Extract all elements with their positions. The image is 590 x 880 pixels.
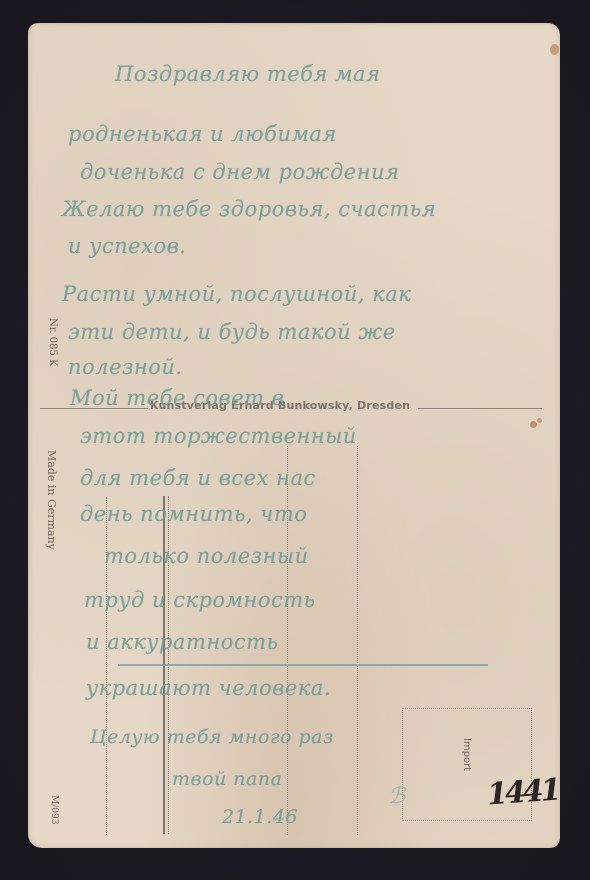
handwritten-line-5: и успехов. (68, 234, 186, 258)
handwritten-line-14: труд и скромность (84, 588, 316, 612)
handwritten-date: 21.1.46 (222, 806, 298, 828)
handwritten-line-11: для тебя и всех нас (80, 466, 316, 490)
handwritten-scribble: ℬ (388, 784, 405, 809)
stain-right-middle (530, 421, 537, 428)
pencil-mark: 1441 (486, 773, 560, 813)
handwritten-line-9: Мой тебе совет в (70, 386, 284, 410)
handwritten-line-4: Желаю тебе здоровья, счастья (62, 197, 436, 221)
handwritten-line-2: родненькая и любимая (68, 122, 337, 146)
handwritten-underline (118, 664, 488, 666)
handwritten-line-13: только полезный (104, 544, 309, 568)
handwritten-line-10: этот торжественный (80, 424, 357, 448)
scan-background: Kunstverlag Erhard Bunkowsky, Dresden Nr… (0, 0, 590, 880)
handwritten-line-6: Расти умной, послушной, как (62, 282, 411, 306)
stamp-box-label: Import (461, 738, 472, 771)
series-number: Nr. 085 K (47, 318, 58, 367)
handwritten-line-12: день помнить, что (80, 502, 307, 526)
made-in-germany: Made in Germany (45, 450, 58, 550)
handwritten-signature: твой папа (172, 768, 282, 790)
address-dotted-line-4 (357, 446, 358, 835)
handwritten-line-1: Поздравляю тебя мая (115, 62, 380, 86)
stain-right-middle-small (537, 418, 542, 423)
catalog-code: M/093 (49, 795, 59, 824)
stain-top-right (550, 44, 559, 55)
handwritten-line-3: доченька с днем рождения (80, 160, 400, 184)
handwritten-line-16: украшают человека. (86, 676, 331, 700)
handwritten-line-8: полезной. (68, 355, 183, 379)
handwritten-line-17: Целую тебя много раз (90, 726, 334, 748)
header-divider-right (418, 408, 542, 409)
handwritten-line-7: эти дети, и будь такой же (68, 320, 396, 344)
handwritten-line-15: и аккуратность (86, 630, 278, 654)
